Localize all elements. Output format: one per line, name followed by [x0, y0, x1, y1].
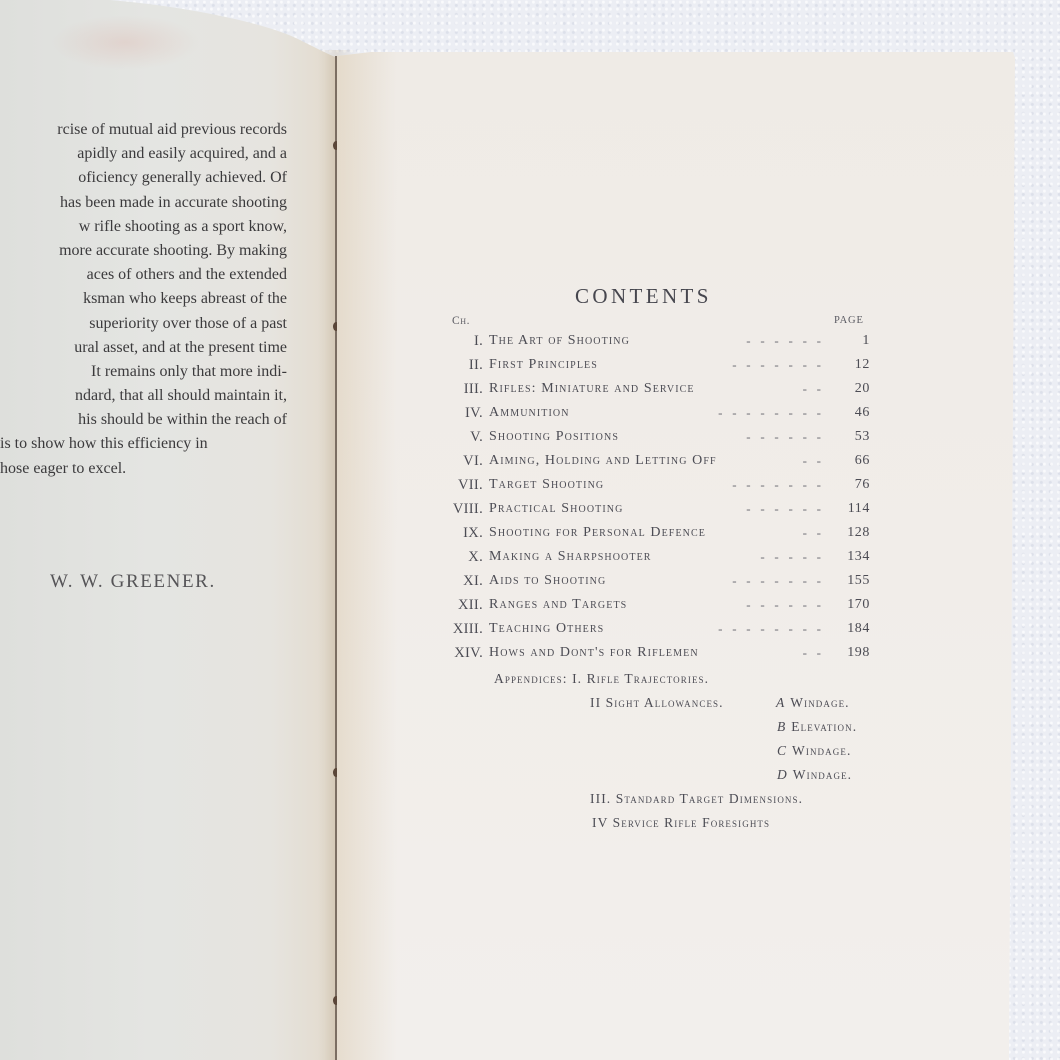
toc-entry[interactable]: XIII. Teaching Others - - - - - - - - 18… — [337, 621, 1015, 645]
preface-line: It remains only that more indi- — [0, 360, 287, 384]
dot-leader: - - - - - — [489, 549, 821, 565]
toc-entry[interactable]: IV. Ammunition - - - - - - - - 46 — [337, 405, 1015, 429]
page-title: CONTENTS — [575, 284, 712, 309]
preface-line: rcise of mutual aid previous records — [0, 118, 287, 142]
preface-line: superiority over those of a past — [0, 312, 287, 336]
preface-line: oficiency generally achieved. Of — [0, 166, 287, 190]
appendix-ii-a[interactable]: AWindage. — [776, 695, 850, 711]
page-number: 12 — [855, 357, 870, 373]
preface-line: is to show how this efficiency in — [0, 432, 287, 456]
chapter-number: VIII. — [453, 501, 483, 518]
toc-entry[interactable]: IX. Shooting for Personal Defence - - 12… — [337, 525, 1015, 549]
dot-leader: - - - - - - — [489, 501, 821, 517]
preface-line: ural asset, and at the present time — [0, 336, 287, 360]
toc-entry[interactable]: II. First Principles - - - - - - - 12 — [337, 357, 1015, 381]
preface-line: apidly and easily acquired, and a — [0, 142, 287, 166]
toc-entry[interactable]: I. The Art of Shooting - - - - - - 1 — [337, 333, 1015, 357]
page-number: 46 — [855, 405, 870, 421]
chapter-number: XIII. — [453, 621, 483, 638]
chapter-column-header: Ch. — [452, 315, 470, 327]
preface-line: his should be within the reach of — [0, 408, 287, 432]
chapter-number: I. — [474, 333, 483, 350]
dot-leader: - - - - - - — [489, 429, 821, 445]
right-page: CONTENTS Ch. PAGE I. The Art of Shooting… — [337, 52, 1015, 1060]
appendix-ii-b[interactable]: BElevation. — [777, 719, 857, 735]
appendix-title: Windage. — [793, 767, 852, 782]
dot-leader: - - - - - - — [489, 333, 821, 349]
preface-line: w rifle shooting as a sport know, — [0, 215, 287, 239]
chapter-number: IX. — [463, 525, 483, 542]
appendix-ii[interactable]: II Sight Allowances. — [590, 695, 724, 711]
preface-line: ksman who keeps abreast of the — [0, 287, 287, 311]
appendix-title: Elevation. — [791, 719, 857, 734]
author-signature: W. W. GREENER. — [50, 571, 216, 593]
left-page: rcise of mutual aid previous records api… — [0, 0, 338, 1060]
page-number: 66 — [855, 453, 870, 469]
appendix-ii-c[interactable]: CWindage. — [777, 743, 851, 759]
chapter-number: V. — [470, 429, 483, 446]
toc-entry[interactable]: VII. Target Shooting - - - - - - - 76 — [337, 477, 1015, 501]
appendix-iii[interactable]: III. Standard Target Dimensions. — [590, 791, 803, 807]
dot-leader: - - - - - - — [489, 597, 821, 613]
paper-stain — [50, 15, 200, 70]
dot-leader: - - — [489, 525, 821, 541]
appendix-title: Windage. — [792, 743, 851, 758]
preface-text: rcise of mutual aid previous records api… — [0, 118, 287, 481]
dot-leader: - - - - - - - - — [489, 405, 821, 421]
appendix-letter: B — [777, 719, 785, 734]
appendix-iv[interactable]: IV Service Rifle Foresights — [592, 815, 770, 831]
page-number: 155 — [847, 573, 870, 589]
page-number: 134 — [847, 549, 870, 565]
appendix-title: Windage. — [790, 695, 849, 710]
dot-leader: - - - - - - - — [489, 477, 821, 493]
toc-entry[interactable]: X. Making a Sharpshooter - - - - - 134 — [337, 549, 1015, 573]
chapter-number: VII. — [458, 477, 483, 494]
chapter-number: II. — [469, 357, 483, 374]
preface-line: aces of others and the extended — [0, 263, 287, 287]
preface-line: more accurate shooting. By making — [0, 239, 287, 263]
chapter-number: XII. — [458, 597, 483, 614]
appendix-letter: D — [777, 767, 787, 782]
preface-line: ndard, that all should maintain it, — [0, 384, 287, 408]
page-number: 184 — [847, 621, 870, 637]
dot-leader: - - — [489, 645, 821, 661]
toc-entry[interactable]: XI. Aids to Shooting - - - - - - - 155 — [337, 573, 1015, 597]
toc-entry[interactable]: XIV. Hows and Dont's for Riflemen - - 19… — [337, 645, 1015, 669]
appendix-letter: A — [776, 695, 784, 710]
page-number: 53 — [855, 429, 870, 445]
spine-fold — [335, 56, 337, 1060]
page-number: 1 — [862, 333, 870, 349]
toc-entry[interactable]: VI. Aiming, Holding and Letting Off - - … — [337, 453, 1015, 477]
chapter-number: III. — [464, 381, 483, 398]
table-of-contents: CONTENTS Ch. PAGE I. The Art of Shooting… — [337, 52, 1015, 1060]
preface-line: has been made in accurate shooting — [0, 191, 287, 215]
chapter-number: XI. — [463, 573, 483, 590]
appendix-letter: C — [777, 743, 786, 758]
chapter-number: IV. — [465, 405, 483, 422]
chapter-number: XIV. — [454, 645, 483, 662]
dot-leader: - - - - - - - — [489, 573, 821, 589]
dot-leader: - - - - - - - — [489, 357, 821, 373]
chapter-number: VI. — [463, 453, 483, 470]
appendices-heading[interactable]: Appendices: I. Rifle Trajectories. — [494, 671, 709, 687]
toc-entry[interactable]: V. Shooting Positions - - - - - - 53 — [337, 429, 1015, 453]
page-number: 170 — [847, 597, 870, 613]
toc-entry[interactable]: XII. Ranges and Targets - - - - - - 170 — [337, 597, 1015, 621]
toc-entry[interactable]: III. Rifles: Miniature and Service - - 2… — [337, 381, 1015, 405]
page-column-header: PAGE — [834, 315, 864, 326]
dot-leader: - - — [489, 381, 821, 397]
dot-leader: - - — [489, 453, 821, 469]
page-number: 114 — [848, 501, 870, 517]
toc-entry[interactable]: VIII. Practical Shooting - - - - - - 114 — [337, 501, 1015, 525]
page-number: 76 — [855, 477, 870, 493]
page-number: 128 — [847, 525, 870, 541]
page-number: 198 — [847, 645, 870, 661]
page-number: 20 — [855, 381, 870, 397]
dot-leader: - - - - - - - - — [489, 621, 821, 637]
chapter-number: X. — [468, 549, 483, 566]
appendix-ii-d[interactable]: DWindage. — [777, 767, 852, 783]
preface-line: hose eager to excel. — [0, 457, 287, 481]
